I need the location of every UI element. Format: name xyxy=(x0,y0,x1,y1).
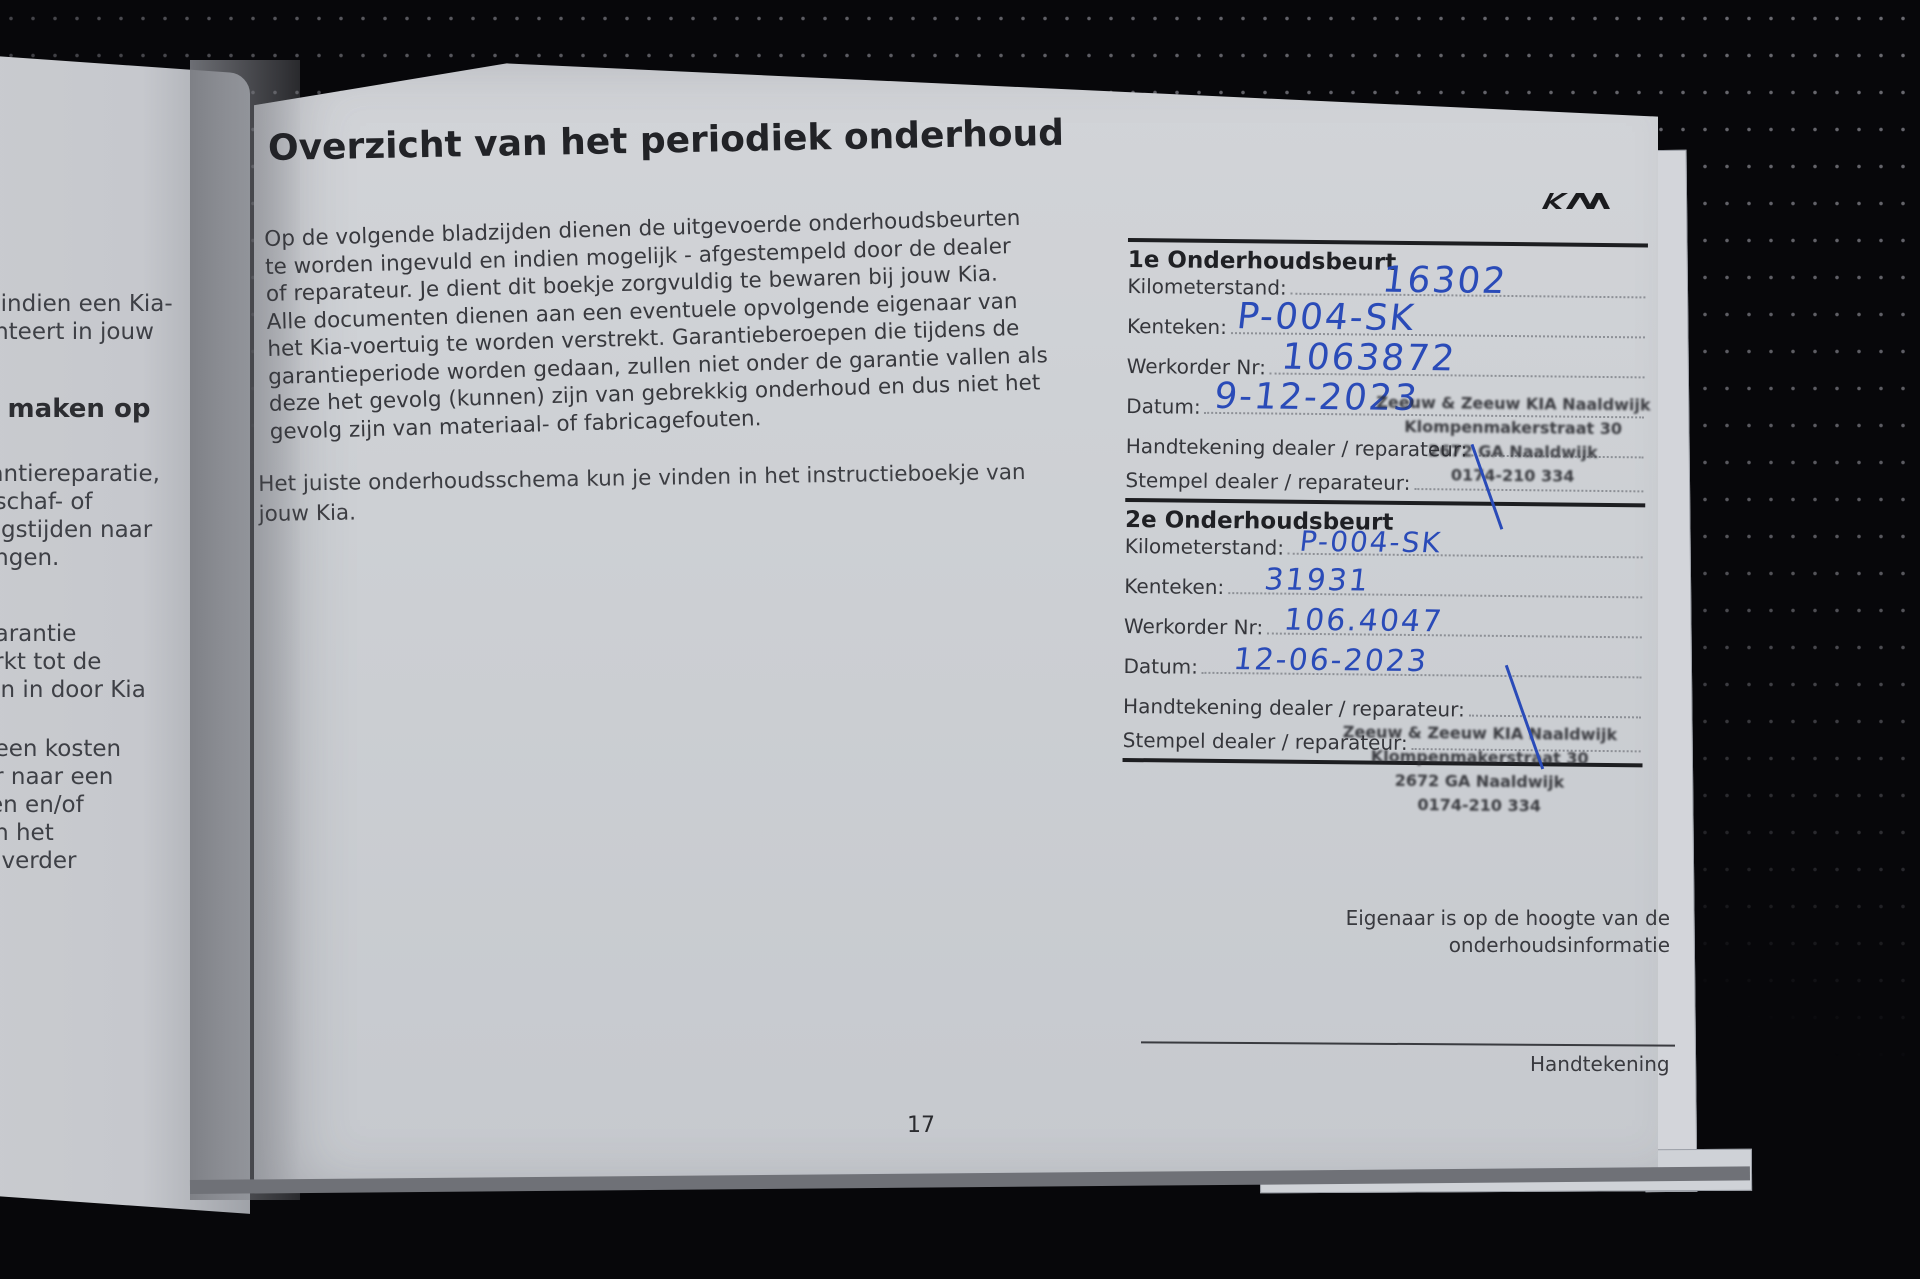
km-label: Kilometerstand: xyxy=(1125,534,1284,560)
owner-signature-label: Handtekening xyxy=(1530,1052,1670,1076)
stamp-line: Zeeuw & Zeeuw KIA Naaldwijk xyxy=(1343,720,1617,747)
service-2-plate-value: 31931 xyxy=(1262,562,1371,598)
service-2-workorder-value: 106.4047 xyxy=(1282,603,1445,640)
owner-note-line: Eigenaar is op de hoogte van de xyxy=(1300,905,1670,932)
kia-logo-icon xyxy=(1540,185,1620,215)
plate-label: Kenteken: xyxy=(1127,314,1227,339)
left-line: k indien een Kia- xyxy=(0,290,173,318)
service-1-plate-field[interactable]: Kenteken: P-004-SK xyxy=(1127,298,1647,343)
left-heading: n maken op xyxy=(0,395,150,423)
service-2-km-value: P-004-SK xyxy=(1298,525,1444,559)
stamp-line: Zeeuw & Zeeuw KIA Naaldwijk xyxy=(1376,391,1650,418)
left-line: ten en/of xyxy=(0,791,121,819)
stamp-line: Klompenmakerstraat 30 xyxy=(1376,415,1650,442)
service-2-date-field[interactable]: Datum: 12-06-2023 xyxy=(1123,638,1643,683)
section-rule xyxy=(1125,498,1645,507)
dealer-stamp-2: Zeeuw & Zeeuw KIA Naaldwijk Klompenmaker… xyxy=(1342,720,1617,819)
service-1-workorder-value: 1063872 xyxy=(1279,337,1458,380)
maintenance-form: 1e Onderhoudsbeurt Kilometerstand: 16302… xyxy=(1123,238,1648,767)
left-line: onteert in jouw xyxy=(0,318,173,346)
left-line: engen. xyxy=(0,544,160,572)
service-2-date-value: 12-06-2023 xyxy=(1232,642,1430,679)
stamp-line: Klompenmakerstraat 30 xyxy=(1342,744,1616,771)
plate-label: Kenteken: xyxy=(1124,574,1224,599)
left-line: ingstijden naar xyxy=(0,516,160,544)
signature-label: Handtekening dealer / reparateur: xyxy=(1123,694,1465,722)
owner-note-line: onderhoudsinformatie xyxy=(1300,932,1670,959)
date-label: Datum: xyxy=(1123,654,1198,679)
left-line: geen kosten xyxy=(0,735,121,763)
left-line: rantiereparatie, xyxy=(0,460,160,488)
stamp-line: 0174-210 334 xyxy=(1375,463,1649,490)
left-line: erkt tot de xyxy=(0,648,146,676)
service-2-signature-field[interactable]: Handtekening dealer / reparateur: xyxy=(1123,678,1643,723)
workorder-label: Werkorder Nr: xyxy=(1124,614,1264,639)
stamp-line: 0174-210 334 xyxy=(1342,792,1616,819)
left-line: garantie xyxy=(0,620,146,648)
left-line: an het xyxy=(0,819,121,847)
dealer-stamp-1: Zeeuw & Zeeuw KIA Naaldwijk Klompenmaker… xyxy=(1375,391,1650,490)
service-1-workorder-field[interactable]: Werkorder Nr: 1063872 xyxy=(1127,338,1647,383)
intro-paragraph: Op de volgende bladzijden dienen de uitg… xyxy=(264,205,1030,446)
stamp-line: 2672 GA Naaldwijk xyxy=(1342,768,1616,795)
stamp-line: 2672 GA Naaldwijk xyxy=(1376,439,1650,466)
owner-note: Eigenaar is op de hoogte van de onderhou… xyxy=(1300,905,1670,959)
date-label: Datum: xyxy=(1126,394,1201,419)
left-line: er naar een xyxy=(0,763,121,791)
left-line: len in door Kia xyxy=(0,676,146,704)
service-1-plate-value: P-004-SK xyxy=(1235,296,1418,339)
left-line: nschaf- of xyxy=(0,488,160,516)
stamp-label: Stempel dealer / reparateur: xyxy=(1125,468,1410,495)
service-2-workorder-field[interactable]: Werkorder Nr: 106.4047 xyxy=(1124,598,1644,643)
service-1-km-value: 16302 xyxy=(1380,260,1509,302)
left-line: e verder xyxy=(0,847,121,875)
page-number: 17 xyxy=(907,1113,935,1138)
schedule-note: Het juiste onderhoudsschema kun je vinde… xyxy=(258,457,1079,530)
service-2-plate-field[interactable]: Kenteken: 31931 xyxy=(1124,558,1644,603)
